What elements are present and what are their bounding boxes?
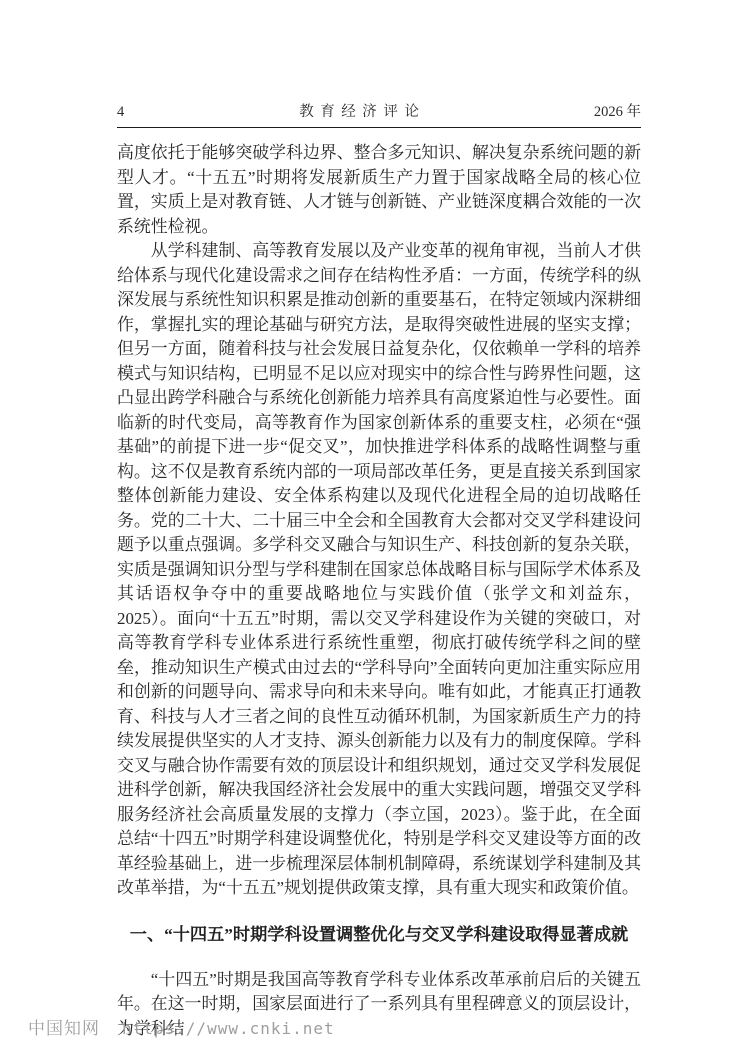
cnki-brand-label: 中国知网 (28, 1014, 100, 1039)
header-rule (117, 127, 641, 128)
page-number: 4 (117, 104, 124, 121)
section-heading: 一、“十四五”时期学科设置调整优化与交叉学科建设取得显著成就 (117, 922, 641, 947)
cnki-url-text: https://www.cnki.net (122, 1019, 335, 1038)
journal-page: 4 教育经济评论 2026 年 高度依托于能够突破学科边界、整合多元知识、解决复… (0, 0, 755, 1062)
paragraph-intro: 从学科建制、高等教育发展以及产业变革的视角审视，当前人才供给体系与现代化建设需求… (117, 239, 641, 901)
cnki-watermark: 中国知网 https://www.cnki.net (28, 1014, 335, 1039)
issue-year: 2026 年 (594, 100, 641, 121)
paragraph-continuation: 高度依托于能够突破学科边界、整合多元知识、解决复杂系统问题的新型人才。“十五五”… (117, 141, 641, 239)
page-header: 4 教育经济评论 2026 年 (117, 100, 641, 121)
journal-title: 教育经济评论 (293, 100, 426, 121)
article-body: 高度依托于能够突破学科边界、整合多元知识、解决复杂系统问题的新型人才。“十五五”… (117, 141, 641, 1041)
